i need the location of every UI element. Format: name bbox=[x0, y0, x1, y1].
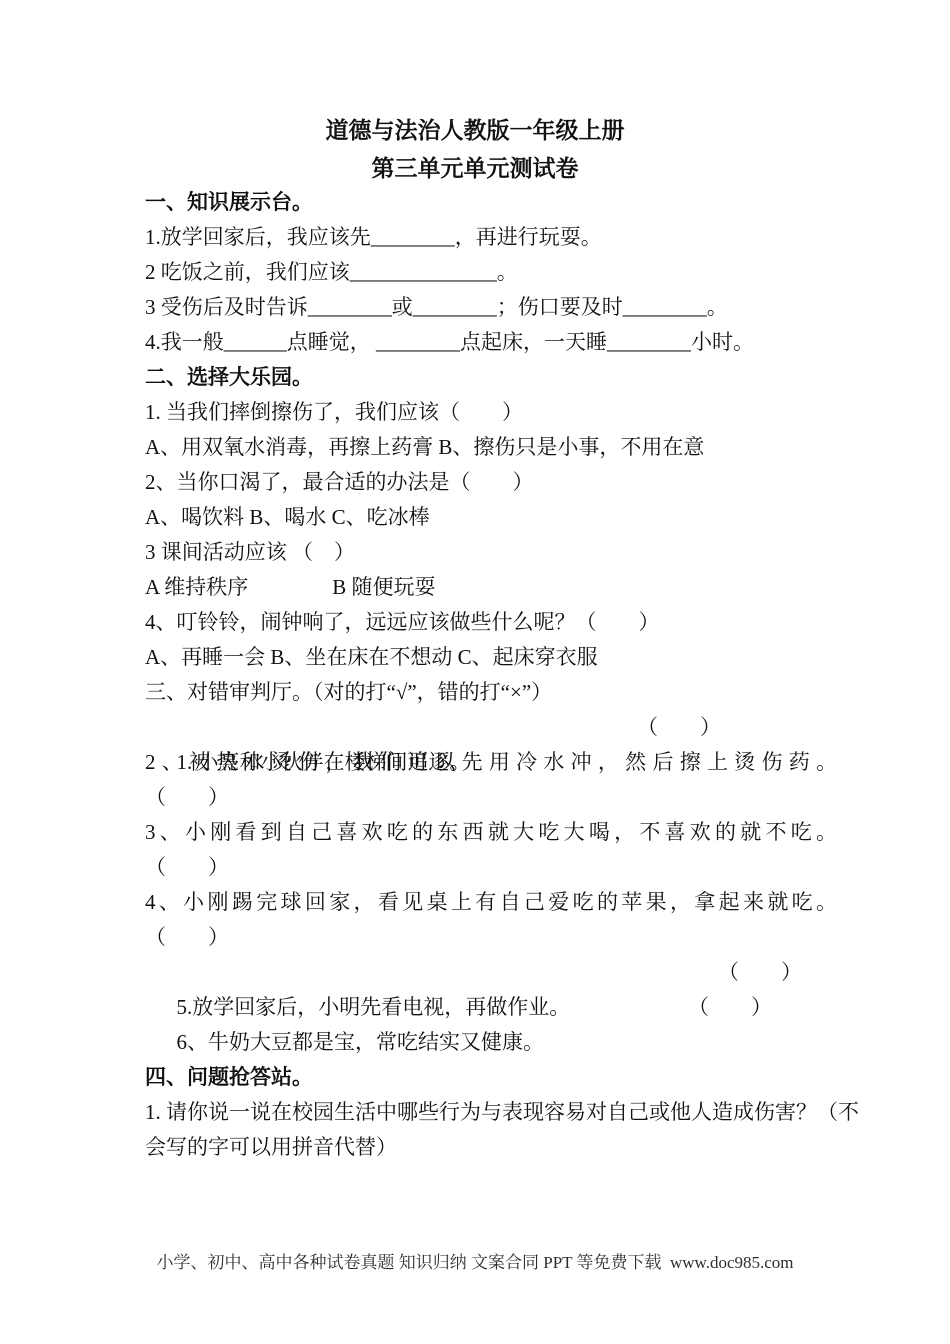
judge-question: 5.放学回家后，小明先看电视，再做作业。 （ ） bbox=[145, 955, 837, 990]
section-choice-heading: 二、选择大乐园。 bbox=[145, 360, 837, 395]
section-knowledge-heading: 一、知识展示台。 bbox=[145, 185, 837, 220]
answer-paren: （ ） bbox=[145, 920, 837, 955]
doc-subtitle: 第三单元单元测试卷 bbox=[0, 154, 950, 184]
test-paper-page: 道德与法治人教版一年级上册 第三单元单元测试卷 一、知识展示台。 1.放学回家后… bbox=[0, 0, 950, 1344]
doc-body: 一、知识展示台。 1.放学回家后，我应该先________，再进行玩耍。 2 吃… bbox=[145, 185, 837, 1165]
section-qa-heading: 四、问题抢答站。 bbox=[145, 1060, 837, 1095]
choice-options: A、喝饮料 B、喝水 C、吃冰棒 bbox=[145, 500, 837, 535]
fill-blank-question: 4.我一般______点睡觉， ________点起床，一天睡________小… bbox=[145, 325, 837, 360]
footer-watermark: 小学、初中、高中各种试卷真题 知识归纳 文案合同 PPT 等免费下载 www.d… bbox=[0, 1250, 950, 1276]
qa-question-line: 1. 请你说一说在校园生活中哪些行为与表现容易对自己或他人造成伤害？（不 bbox=[145, 1095, 837, 1130]
choice-question: 2、当你口渴了，最合适的办法是（ ） bbox=[145, 465, 837, 500]
choice-options: A、用双氧水消毒，再擦上药膏 B、擦伤只是小事，不用在意 bbox=[145, 430, 837, 465]
judge-question-text: 1. 小亮和小伙伴在楼梯间追逐。 bbox=[177, 750, 471, 774]
qa-question-line: 会写的字可以用拼音代替） bbox=[145, 1130, 837, 1165]
answer-paren: （ ） bbox=[688, 990, 772, 1025]
answer-paren: （ ） bbox=[718, 955, 802, 990]
choice-question: 3 课间活动应该 （ ） bbox=[145, 535, 837, 570]
choice-question: 1. 当我们摔倒擦伤了，我们应该（ ） bbox=[145, 395, 837, 430]
answer-paren: （ ） bbox=[145, 850, 837, 885]
judge-question-text: 6、牛奶大豆都是宝，常吃结实又健康。 bbox=[177, 1030, 545, 1054]
answer-paren: （ ） bbox=[145, 780, 837, 815]
judge-question: 1. 小亮和小伙伴在楼梯间追逐。 （ ） bbox=[145, 710, 837, 745]
answer-paren: （ ） bbox=[637, 710, 721, 745]
choice-options: A、再睡一会 B、坐在床在不想动 C、起床穿衣服 bbox=[145, 640, 837, 675]
choice-question: 4、叮铃铃，闹钟响了，远远应该做些什么呢？（ ） bbox=[145, 605, 837, 640]
judge-question: 6、牛奶大豆都是宝，常吃结实又健康。 （ ） bbox=[145, 990, 837, 1025]
choice-options: A 维持秩序 B 随便玩耍 bbox=[145, 570, 837, 605]
doc-title: 道德与法治人教版一年级上册 bbox=[0, 116, 950, 146]
fill-blank-question: 3 受伤后及时告诉________或________；伤口要及时________… bbox=[145, 290, 837, 325]
judge-question-text: 4、小刚踢完球回家，看见桌上有自己爱吃的苹果，拿起来就吃。 bbox=[145, 885, 837, 920]
judge-question-text: 3、小刚看到自己喜欢吃的东西就大吃大喝，不喜欢的就不吃。 bbox=[145, 815, 837, 850]
section-judge-heading: 三、对错审判厅。（对的打“√”，错的打“×”） bbox=[145, 675, 837, 710]
fill-blank-question: 2 吃饭之前，我们应该______________。 bbox=[145, 255, 837, 290]
fill-blank-question: 1.放学回家后，我应该先________，再进行玩耍。 bbox=[145, 220, 837, 255]
